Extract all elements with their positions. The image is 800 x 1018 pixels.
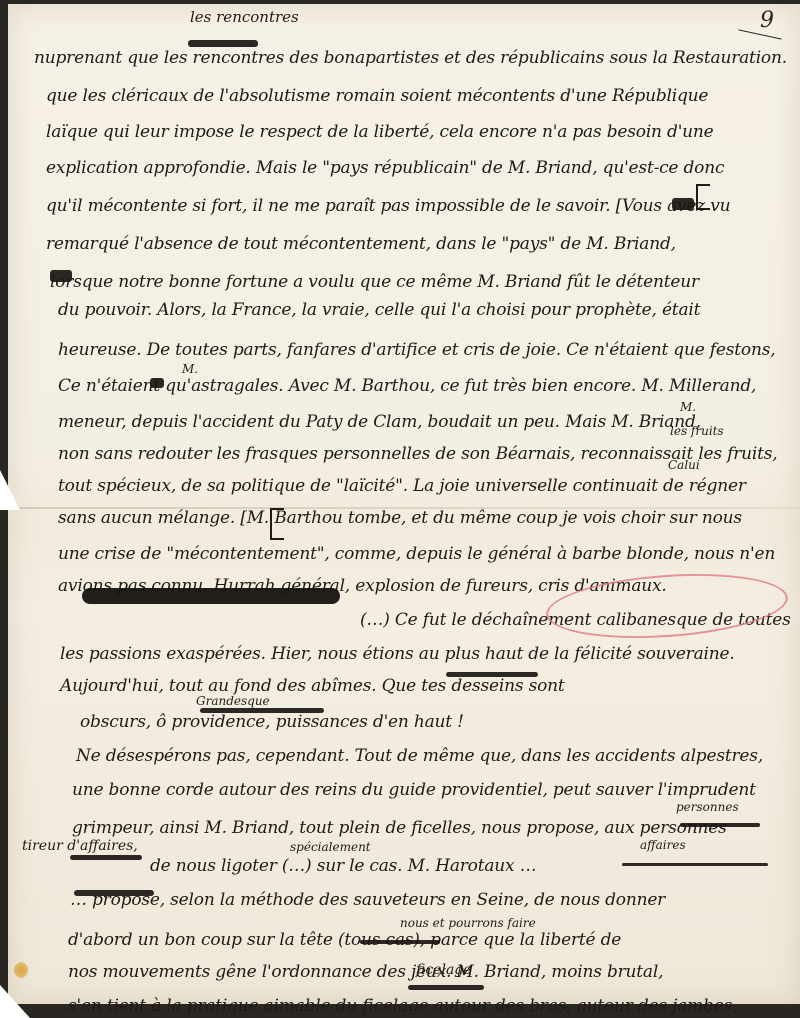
text-line-8: du pouvoir. Alors, la France, la vraie, …	[58, 300, 700, 320]
text-line-21: Ne désespérons pas, cependant. Tout de m…	[76, 746, 763, 766]
insertion-m-2: M.	[680, 400, 696, 414]
text-line-2: que les cléricaux de l'absolutisme romai…	[46, 86, 708, 106]
strikethrough-9	[622, 863, 768, 866]
text-line-11: meneur, depuis l'accident du Paty de Cla…	[58, 412, 701, 432]
insertion-m-1: M.	[182, 362, 198, 376]
insertion-calui: Calui	[668, 458, 700, 472]
text-line-22: une bonne corde autour des reins du guid…	[72, 780, 756, 800]
text-line-25: … propose, selon la méthode des sauveteu…	[70, 890, 665, 910]
text-line-27: nos mouvements gêne l'ordonnance des jeu…	[68, 962, 663, 982]
strikethrough-7	[200, 708, 324, 713]
strikethrough-12	[360, 940, 440, 944]
strikethrough-2	[672, 198, 694, 210]
page-number: 9	[760, 8, 774, 33]
text-line-5: qu'il mécontente si fort, il ne me paraî…	[46, 196, 730, 216]
text-line-14: sans aucun mélange. [M. Barthou tombe, e…	[58, 508, 742, 528]
text-line-4: explication approfondie. Mais le "pays r…	[46, 158, 724, 178]
text-line-20: obscurs, ô providence, puissances d'en h…	[80, 712, 464, 732]
text-line-3: laïque qui leur impose le respect de la …	[46, 122, 714, 142]
insertion-grandesque: Grandesque	[196, 694, 270, 708]
insertion-personnes: personnes	[676, 800, 739, 814]
text-line-1: nuprenant que les rencontres des bonapar…	[34, 48, 787, 68]
margin-note-tireur-daffaires: tireur d'affaires,	[22, 838, 138, 854]
strikethrough-8	[680, 823, 760, 827]
strikethrough-1	[188, 40, 258, 47]
strikethrough-13	[408, 985, 484, 990]
bracket-mark-2	[270, 508, 284, 540]
strikethrough-3	[50, 270, 72, 282]
text-line-23: grimpeur, ainsi M. Briand, tout plein de…	[72, 818, 727, 838]
text-line-7: lorsque notre bonne fortune a voulu que …	[50, 272, 699, 292]
text-line-6: remarqué l'absence de tout mécontentemen…	[46, 234, 676, 254]
insertion-specialement: spécialement	[290, 840, 371, 854]
strikethrough-6	[446, 672, 538, 677]
manuscript-page	[8, 4, 800, 1004]
insertion-les-rencontres: les rencontres	[190, 8, 299, 26]
insertion-les-fruits: les fruits	[670, 424, 724, 438]
strikethrough-4	[150, 378, 164, 388]
bracket-mark-1	[696, 184, 710, 210]
text-line-9: heureuse. De toutes parts, fanfares d'ar…	[58, 340, 775, 360]
stain-mark	[14, 962, 28, 978]
insertion-ficelage: ficelage	[416, 962, 472, 978]
text-line-19: Aujourd'hui, tout au fond des abîmes. Qu…	[60, 676, 565, 696]
text-line-26: d'abord un bon coup sur la tête (tous ca…	[68, 930, 621, 950]
strikethrough-10	[70, 855, 142, 860]
text-line-18: les passions exaspérées. Hier, nous étio…	[60, 644, 735, 664]
text-line-28: s'en tient à la pratique aimable du fice…	[68, 996, 737, 1016]
text-line-13: tout spécieux, de sa politique de "laïci…	[58, 476, 746, 496]
insertion-affaires: affaires	[640, 838, 686, 852]
text-line-24: de nous ligoter (…) sur le cas. M. Harot…	[150, 856, 536, 876]
text-line-15: une crise de "mécontentement", comme, de…	[58, 544, 775, 564]
strikethrough-11	[74, 890, 154, 896]
insertion-nous-et-pourrons-faire: nous et pourrons faire	[400, 916, 536, 930]
heavy-strikethrough-5	[82, 588, 340, 604]
